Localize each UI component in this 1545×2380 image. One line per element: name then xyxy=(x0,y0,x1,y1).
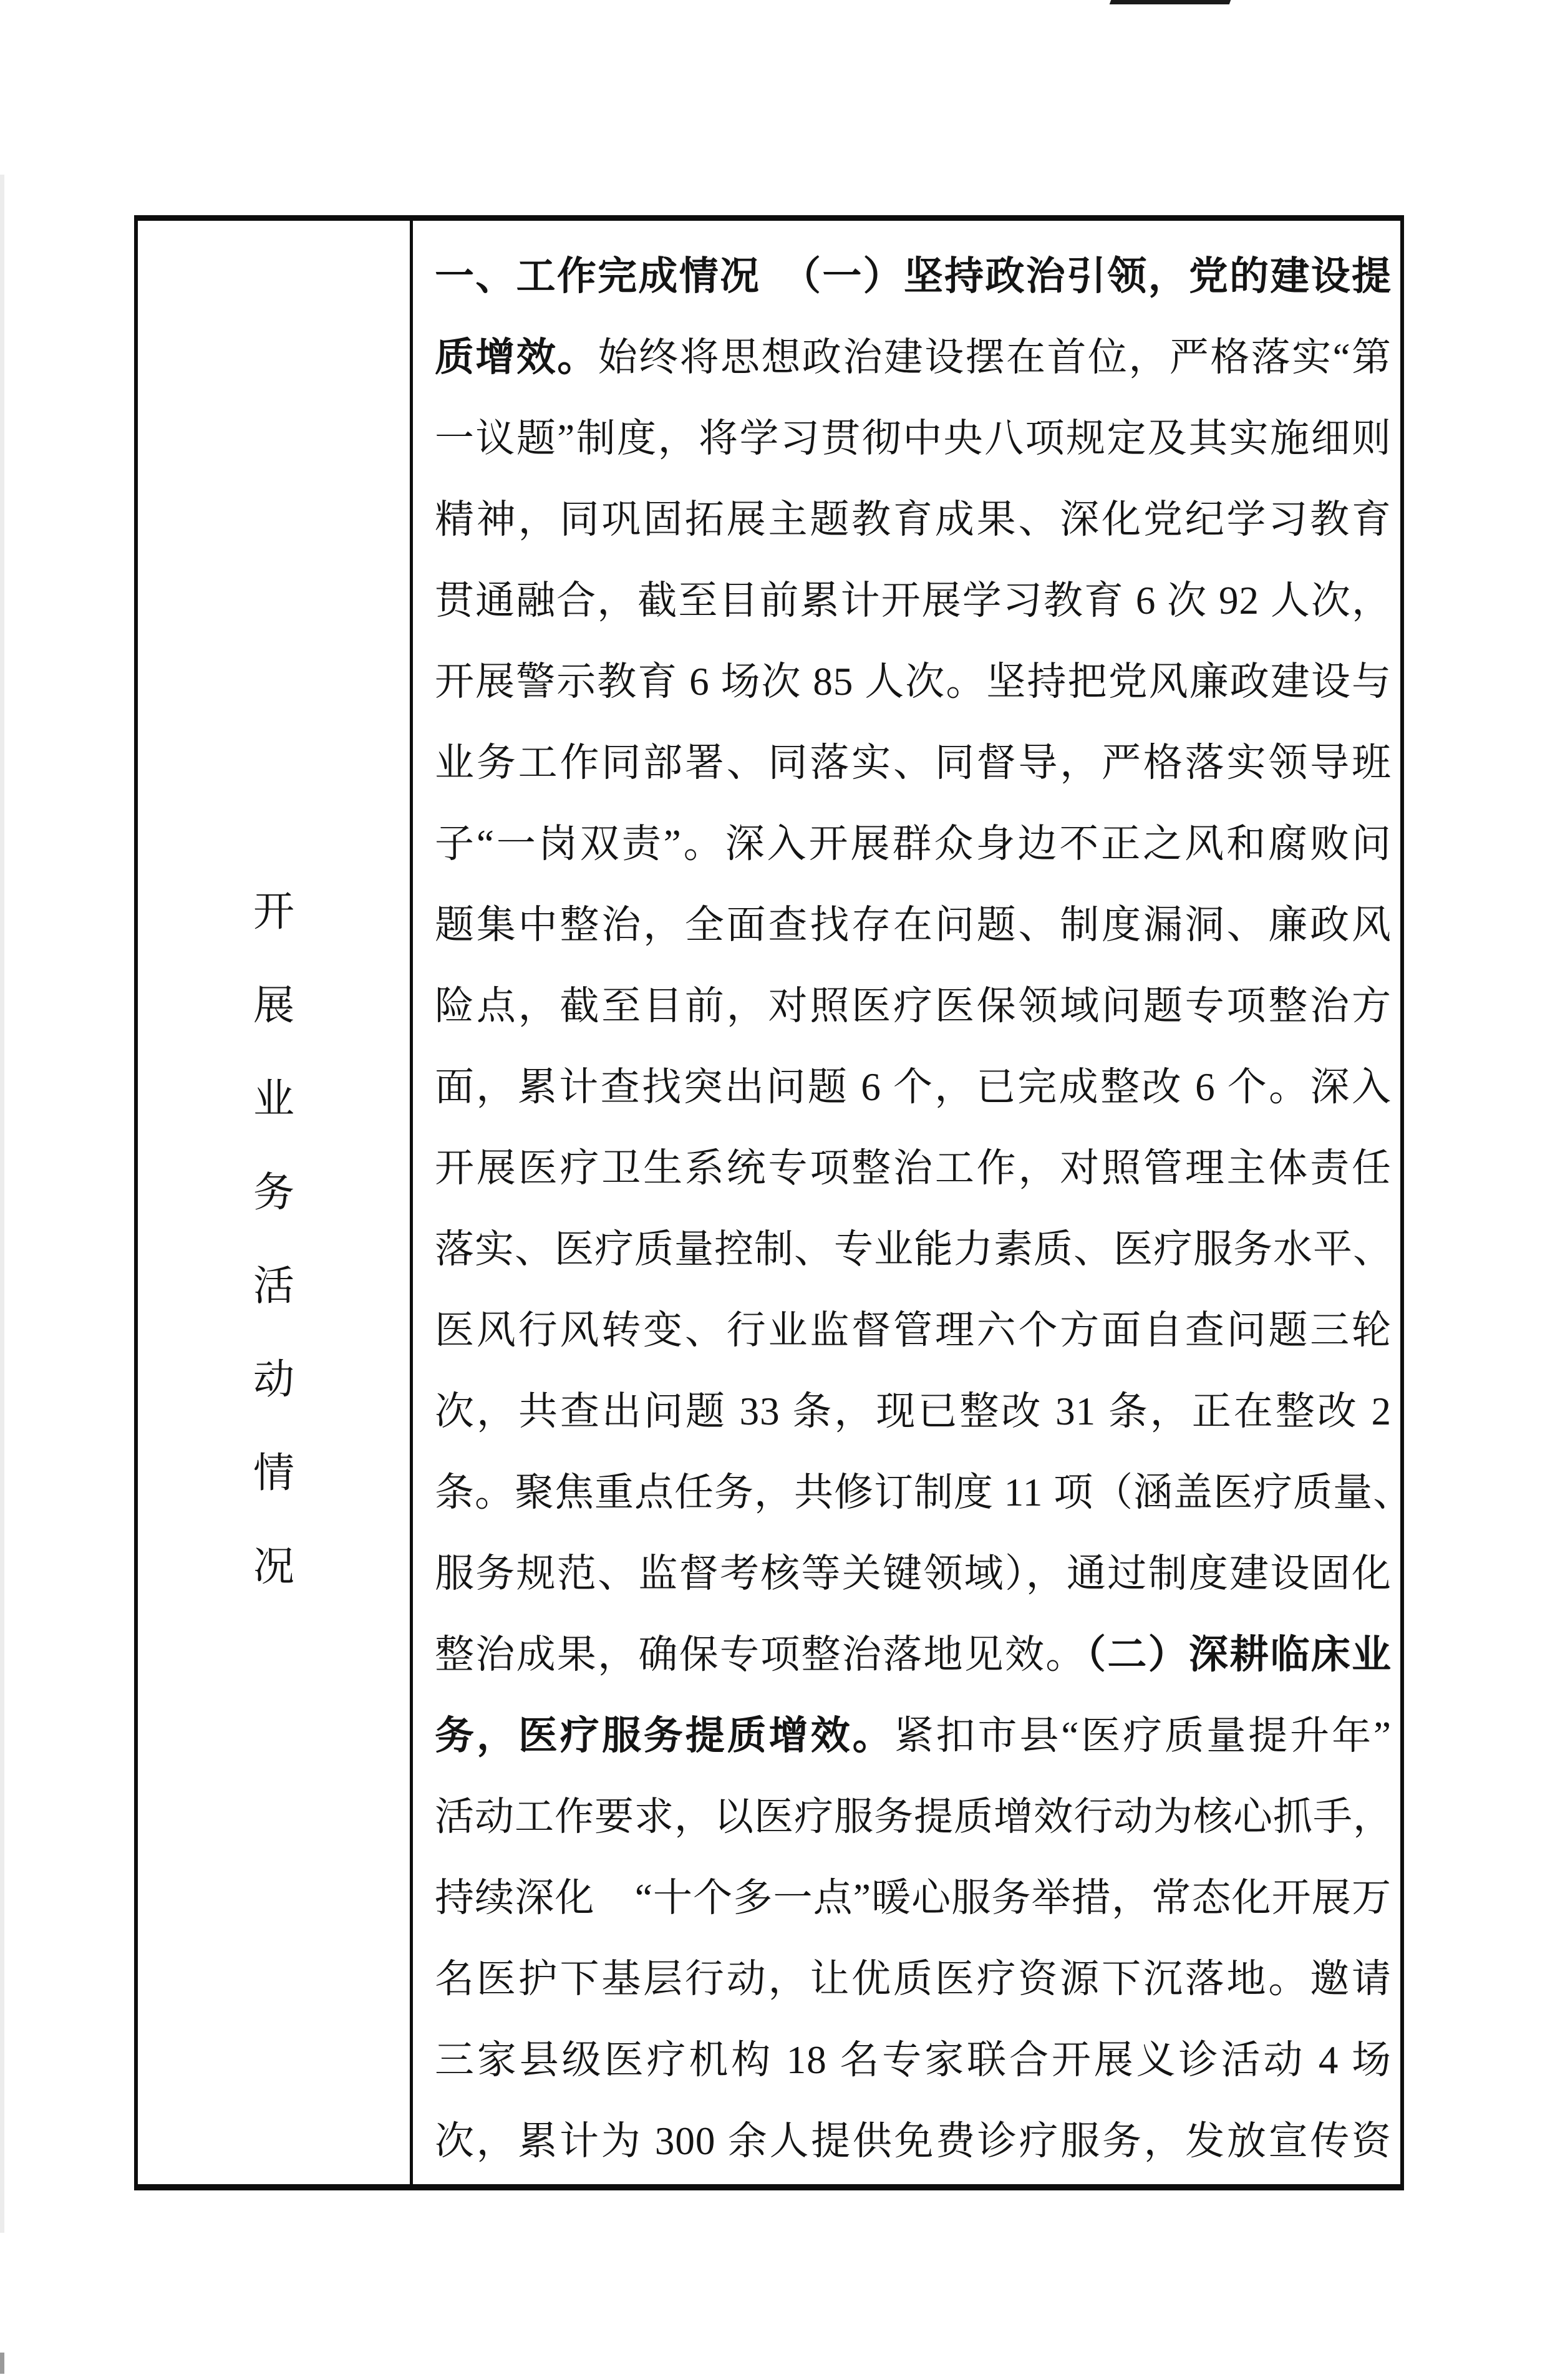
row-label-cell: 开展业务活动情况 xyxy=(138,221,413,2184)
row-label-char: 情 xyxy=(253,1453,294,1494)
text-line: 开展医疗卫生系统专项整治工作，对照管理主体责任 xyxy=(435,1128,1392,1209)
text-line: 服务规范、监督考核等关键领域），通过制度建设固化 xyxy=(435,1533,1392,1614)
text-segment: 三家县级医疗机构 18 名专家联合开展义诊活动 4 场 xyxy=(435,2038,1392,2082)
text-line: 条。聚焦重点任务，共修订制度 11 项（涵盖医疗质量、 xyxy=(435,1452,1392,1533)
row-label-char: 活 xyxy=(253,1266,294,1307)
text-segment: 活动工作要求，以医疗服务提质增效行动为核心抓手， xyxy=(435,1795,1393,1839)
text-line: 业务工作同部署、同落实、同督导，严格落实领导班 xyxy=(435,722,1392,803)
content-cell: 一、工作完成情况 （一）坚持政治引领，党的建设提质增效。始终将思想政治建设摆在首… xyxy=(416,221,1400,2184)
text-segment: 名医护下基层行动，让优质医疗资源下沉落地。邀请 xyxy=(435,1957,1392,2001)
row-label-char: 况 xyxy=(253,1547,294,1588)
text-line: 开展警示教育 6 场次 85 人次。坚持把党风廉政建设与 xyxy=(435,641,1392,722)
scanned-page: 开展业务活动情况 一、工作完成情况 （一）坚持政治引领，党的建设提质增效。始终将… xyxy=(0,0,1545,2380)
text-segment: 业务工作同部署、同落实、同督导，严格落实领导班 xyxy=(435,741,1392,785)
row-label: 开展业务活动情况 xyxy=(253,892,294,1588)
text-segment: 险点，截至目前，对照医疗医保领域问题专项整治方 xyxy=(435,984,1392,1028)
scan-artifact-bottom xyxy=(0,2353,4,2374)
text-line: 一、工作完成情况 （一）坚持政治引领，党的建设提 xyxy=(435,236,1392,317)
text-segment: 医风行风转变、行业监督管理六个方面自查问题三轮 xyxy=(435,1309,1392,1352)
text-line: 整治成果，确保专项整治落地见效。（二）深耕临床业 xyxy=(435,1614,1392,1695)
text-line: 医风行风转变、行业监督管理六个方面自查问题三轮 xyxy=(435,1290,1392,1371)
text-line: 险点，截至目前，对照医疗医保领域问题专项整治方 xyxy=(435,965,1392,1047)
row-label-char: 开 xyxy=(253,892,294,933)
text-segment: 开展医疗卫生系统专项整治工作，对照管理主体责任 xyxy=(435,1146,1392,1190)
text-line: 务，医疗服务提质增效。紧扣市县“医疗质量提升年” xyxy=(435,1695,1392,1776)
row-label-char: 动 xyxy=(253,1360,294,1401)
text-segment: 整治成果，确保专项整治落地见效。 xyxy=(435,1633,1087,1676)
text-segment: 精神，同巩固拓展主题教育成果、深化党纪学习教育 xyxy=(435,498,1392,541)
text-segment: 面，累计查找突出问题 6 个，已完成整改 6 个。深入 xyxy=(435,1065,1392,1109)
text-line: 次，累计为 300 余人提供免费诊疗服务，发放宣传资 xyxy=(435,2101,1392,2182)
text-segment: 紧扣市县“医疗质量提升年” xyxy=(894,1714,1392,1758)
text-line: 持续深化 “十个多一点”暖心服务举措，常态化开展万 xyxy=(435,1857,1392,1938)
row-label-char: 展 xyxy=(253,985,294,1027)
text-line: 质增效。始终将思想政治建设摆在首位，严格落实“第 xyxy=(435,317,1392,398)
text-line: 面，累计查找突出问题 6 个，已完成整改 6 个。深入 xyxy=(435,1047,1392,1128)
text-segment: 始终将思想政治建设摆在首位，严格落实“第 xyxy=(598,336,1392,379)
text-segment: 次，共查出问题 33 条，现已整改 31 条，正在整改 2 xyxy=(435,1390,1392,1433)
text-segment: 贯通融合，截至目前累计开展学习教育 6 次 92 人次， xyxy=(435,579,1392,622)
text-segment: 一议题”制度，将学习贯彻中央八项规定及其实施细则 xyxy=(435,417,1392,460)
text-segment-bold: 务，医疗服务提质增效。 xyxy=(435,1714,894,1758)
text-segment: 持续深化 “十个多一点”暖心服务举措，常态化开展万 xyxy=(435,1876,1392,1920)
scan-artifact-edge xyxy=(0,175,4,2233)
text-line: 一议题”制度，将学习贯彻中央八项规定及其实施细则 xyxy=(435,398,1392,479)
text-segment: 题集中整治，全面查找存在问题、制度漏洞、廉政风 xyxy=(435,903,1392,947)
text-line: 名医护下基层行动，让优质医疗资源下沉落地。邀请 xyxy=(435,1938,1392,2020)
text-segment: 服务规范、监督考核等关键领域），通过制度建设固化 xyxy=(435,1552,1392,1595)
text-line: 次，共查出问题 33 条，现已整改 31 条，正在整改 2 xyxy=(435,1371,1392,1452)
scan-artifact-top xyxy=(1110,0,1231,4)
text-line: 活动工作要求，以医疗服务提质增效行动为核心抓手， xyxy=(435,1776,1392,1857)
text-line: 子“一岗双责”。深入开展群众身边不正之风和腐败问 xyxy=(435,803,1392,884)
text-line: 贯通融合，截至目前累计开展学习教育 6 次 92 人次， xyxy=(435,560,1392,641)
text-segment-bold: 质增效。 xyxy=(435,336,598,379)
row-label-char: 务 xyxy=(253,1173,294,1214)
text-segment-bold: （二）深耕临床业 xyxy=(1087,1633,1392,1676)
text-segment: 开展警示教育 6 场次 85 人次。坚持把党风廉政建设与 xyxy=(435,660,1392,704)
text-segment: 次，累计为 300 余人提供免费诊疗服务，发放宣传资 xyxy=(435,2119,1392,2163)
row-label-char: 业 xyxy=(253,1079,294,1120)
text-line: 三家县级医疗机构 18 名专家联合开展义诊活动 4 场 xyxy=(435,2020,1392,2101)
text-line: 题集中整治，全面查找存在问题、制度漏洞、廉政风 xyxy=(435,884,1392,965)
text-line: 精神，同巩固拓展主题教育成果、深化党纪学习教育 xyxy=(435,479,1392,560)
text-segment: 落实、医疗质量控制、专业能力素质、医疗服务水平、 xyxy=(435,1227,1393,1271)
report-table: 开展业务活动情况 一、工作完成情况 （一）坚持政治引领，党的建设提质增效。始终将… xyxy=(134,215,1404,2190)
text-segment-bold: 一、工作完成情况 （一）坚持政治引领，党的建设提 xyxy=(435,254,1392,298)
text-segment: 条。聚焦重点任务，共修订制度 11 项（涵盖医疗质量、 xyxy=(435,1471,1400,1514)
text-segment: 子“一岗双责”。深入开展群众身边不正之风和腐败问 xyxy=(435,822,1392,866)
text-line: 落实、医疗质量控制、专业能力素质、医疗服务水平、 xyxy=(435,1209,1392,1290)
